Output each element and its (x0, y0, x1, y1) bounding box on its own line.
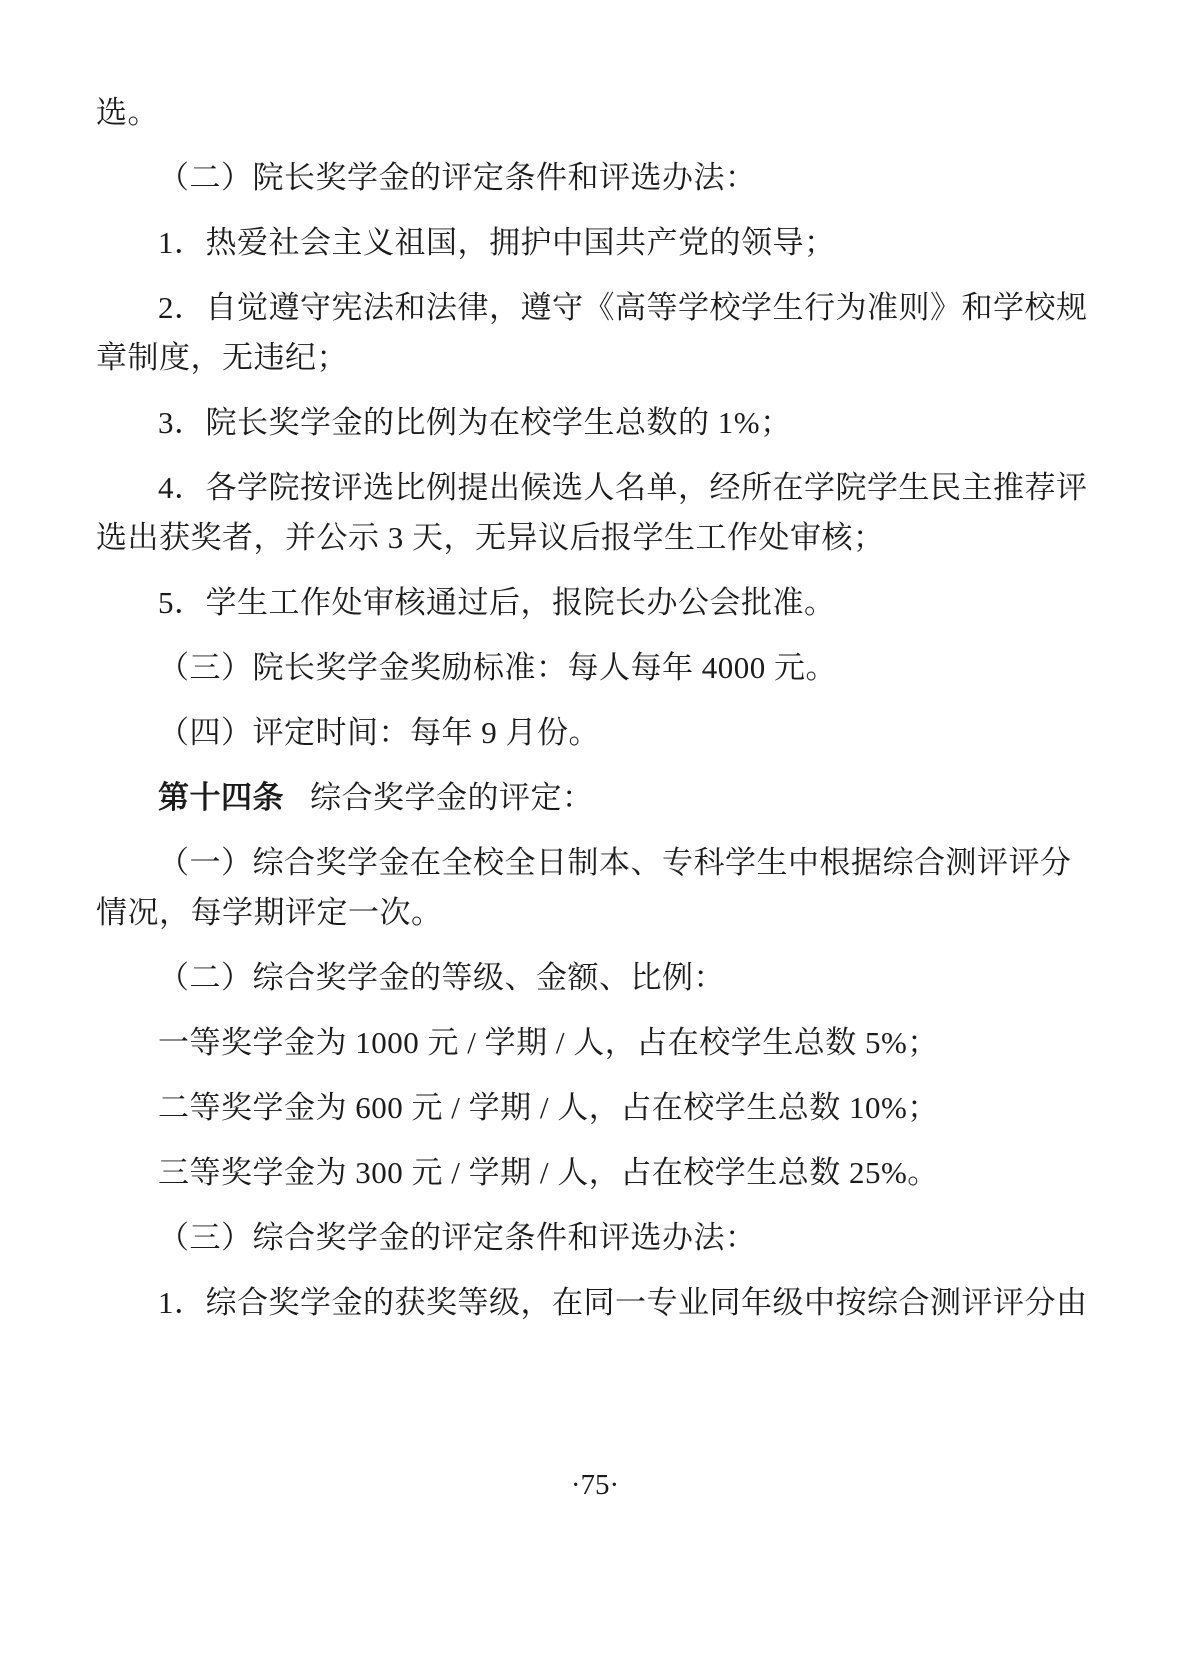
page-number: ·75· (0, 1468, 1190, 1502)
paragraph: 选。 (96, 88, 1094, 138)
paragraph: 二等奖学金为 600 元 / 学期 / 人，占在校学生总数 10%； (96, 1083, 1094, 1133)
paragraph-article-heading: 第十四条综合奖学金的评定： (96, 773, 1094, 823)
article-title: 综合奖学金的评定： (310, 780, 594, 815)
paragraph: 1．综合奖学金的获奖等级，在同一专业同年级中按综合测评评分由 (96, 1278, 1094, 1328)
paragraph: 5．学生工作处审核通过后，报院长办公会批准。 (96, 578, 1094, 628)
paragraph: 2．自觉遵守宪法和法律，遵守《高等学校学生行为准则》和学校规 章制度，无违纪； (96, 283, 1094, 383)
paragraph: （三）院长奖学金奖励标准：每人每年 4000 元。 (96, 643, 1094, 693)
paragraph: （四）评定时间：每年 9 月份。 (96, 708, 1094, 758)
paragraph: 三等奖学金为 300 元 / 学期 / 人，占在校学生总数 25%。 (96, 1148, 1094, 1198)
paragraph: （二）综合奖学金的等级、金额、比例： (96, 953, 1094, 1003)
article-number: 第十四条 (158, 780, 284, 815)
paragraph: 一等奖学金为 1000 元 / 学期 / 人，占在校学生总数 5%； (96, 1018, 1094, 1068)
paragraph: 3．院长奖学金的比例为在校学生总数的 1%； (96, 398, 1094, 448)
document-page: 选。 （二）院长奖学金的评定条件和评选办法： 1．热爱社会主义祖国，拥护中国共产… (0, 0, 1190, 1670)
paragraph: 4．各学院按评选比例提出候选人名单，经所在学院学生民主推荐评 选出获奖者，并公示… (96, 463, 1094, 563)
paragraph: （一）综合奖学金在全校全日制本、专科学生中根据综合测评评分 情况，每学期评定一次… (96, 838, 1094, 938)
paragraph: （三）综合奖学金的评定条件和评选办法： (96, 1213, 1094, 1263)
paragraph: （二）院长奖学金的评定条件和评选办法： (96, 153, 1094, 203)
paragraph: 1．热爱社会主义祖国，拥护中国共产党的领导； (96, 218, 1094, 268)
